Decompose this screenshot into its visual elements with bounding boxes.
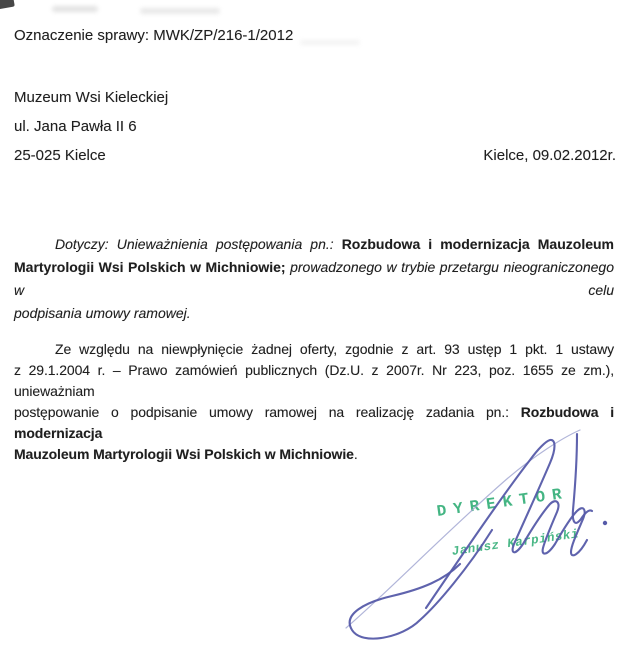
signature-stroke-spike	[573, 434, 592, 523]
sender-city: 25-025 Kielce	[14, 147, 106, 164]
scan-smudge	[52, 6, 98, 12]
body-line: Ze względu na niewpłynięcie żadnej ofert…	[14, 339, 614, 360]
subject-line: Dotyczy: Unieważnienia postępowania pn.:…	[14, 233, 614, 256]
text-segment: Martyrologii Wsi Polskich w Michniowie;	[14, 259, 286, 275]
scan-corner-artifact	[0, 0, 15, 9]
signature-stroke-letters	[426, 440, 587, 608]
subject-line: Martyrologii Wsi Polskich w Michniowie; …	[14, 256, 614, 302]
scan-smudge	[140, 8, 220, 14]
subject-line: podpisania umowy ramowej.	[14, 302, 614, 325]
signature-ink-dot	[603, 521, 607, 525]
text-segment: podpisania umowy ramowej.	[14, 305, 191, 321]
scan-smudge	[300, 40, 360, 45]
scanned-letter-page: Oznaczenie sprawy: MWK/ZP/216-1/2012 Muz…	[0, 0, 628, 659]
body-line: z 29.1.2004 r. – Prawo zamówień publiczn…	[14, 360, 614, 402]
text-segment: Ze względu na niewpłynięcie żadnej ofert…	[55, 341, 614, 357]
text-segment: Rozbudowa i modernizacja Mauzoleum	[334, 236, 614, 252]
sender-name: Muzeum Wsi Kieleckiej	[14, 89, 168, 106]
sender-street: ul. Jana Pawła II 6	[14, 118, 137, 135]
dateline: Kielce, 09.02.2012r.	[483, 147, 616, 164]
handwritten-signature	[330, 418, 628, 659]
signature-stroke-loop	[350, 530, 492, 639]
text-segment: z 29.1.2004 r. – Prawo zamówień publiczn…	[14, 362, 614, 399]
text-segment: Mauzoleum Martyrologii Wsi Polskich w Mi…	[14, 446, 354, 462]
text-segment: Dotyczy: Unieważnienia postępowania pn.:	[55, 236, 334, 252]
case-reference: Oznaczenie sprawy: MWK/ZP/216-1/2012	[14, 27, 293, 44]
subject-paragraph: Dotyczy: Unieważnienia postępowania pn.:…	[14, 233, 614, 325]
